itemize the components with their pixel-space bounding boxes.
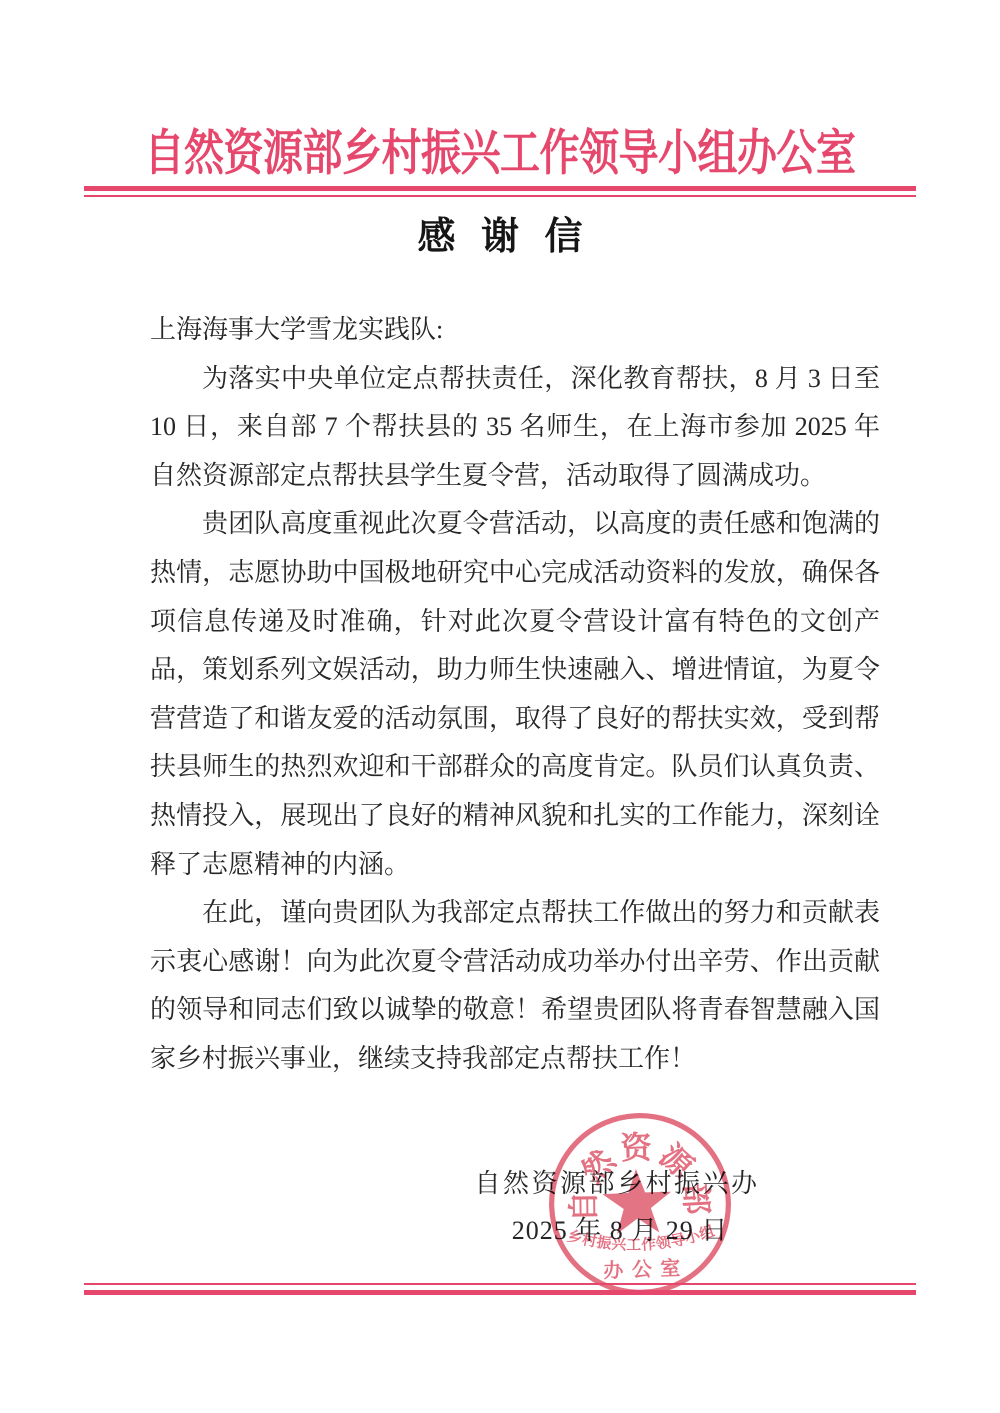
paragraph-3: 在此，谨向贵团队为我部定点帮扶工作做出的努力和贡献表示衷心感谢！向为此次夏令营活…	[150, 889, 880, 1083]
salutation: 上海海事大学雪龙实践队:	[150, 306, 880, 355]
seal-bottom-label: 办公室	[603, 1256, 689, 1283]
paragraph-2: 贵团队高度重视此次夏令营活动，以高度的责任感和饱满的热情，志愿协助中国极地研究中…	[150, 500, 880, 889]
letter-body: 上海海事大学雪龙实践队: 为落实中央单位定点帮扶责任，深化教育帮扶，8 月 3 …	[150, 306, 880, 1084]
letterhead-title: 自然资源部乡村振兴工作领导小组办公室	[0, 129, 1000, 178]
document-title: 感 谢 信	[0, 213, 1000, 262]
footer-rule-thick	[84, 1290, 916, 1295]
letter-page: 自然资源部乡村振兴工作领导小组办公室 感 谢 信 上海海事大学雪龙实践队: 为落…	[0, 0, 1000, 1413]
seal-arc-bottom-text: 乡村振兴工作领导小组	[565, 1221, 718, 1256]
header-rule-thin	[84, 195, 916, 197]
official-seal-stamp: 自然资源部 乡村振兴工作领导小组 办公室	[542, 1106, 739, 1303]
header-rule-thick	[84, 186, 916, 191]
footer-rule-thin	[84, 1283, 916, 1285]
seal-star	[602, 1168, 673, 1235]
paragraph-1: 为落实中央单位定点帮扶责任，深化教育帮扶，8 月 3 日至 10 日，来自部 7…	[150, 355, 880, 501]
